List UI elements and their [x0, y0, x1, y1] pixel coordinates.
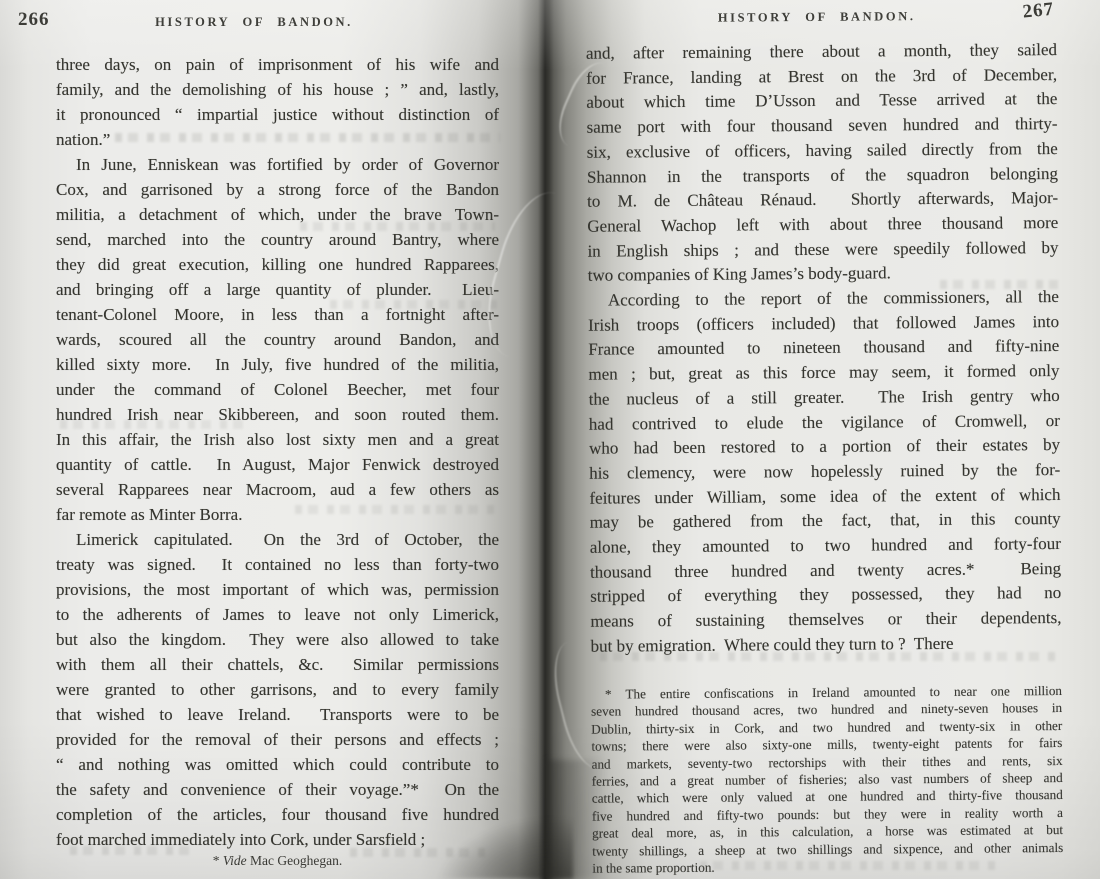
bleed-through-text — [60, 420, 250, 429]
bleed-through-text — [600, 652, 1055, 661]
book-scan: 266 HISTORY OF BANDON. three days, on pa… — [0, 0, 1100, 879]
text-line: stripped of everything they possessed, t… — [590, 581, 1061, 609]
text-line: in English ships ; and these were speedi… — [587, 236, 1058, 264]
bleed-through-text — [700, 861, 1000, 870]
text-line: same port with four thousand seven hundr… — [586, 112, 1057, 140]
text-line: six, exclusive of officers, having saile… — [587, 137, 1058, 165]
running-title-right: HISTORY OF BANDON. — [687, 9, 947, 26]
text-line: his clemency, were now hopelessly ruined… — [589, 458, 1060, 486]
text-line: Shannon in the transports of the squadro… — [587, 162, 1058, 190]
paragraph: and, after remaining there about a month… — [586, 38, 1059, 289]
text-line: Irish troops (officers included) that fo… — [588, 310, 1059, 338]
text-line: feitures under William, some idea of the… — [589, 483, 1060, 511]
text-line: men ; but, great as this force may seem,… — [588, 359, 1059, 387]
text-line: who had been restored to a portion of th… — [589, 433, 1060, 461]
paragraph: According to the report of the commissio… — [588, 285, 1062, 659]
text-line: France amounted to nineteen thousand and… — [588, 334, 1059, 362]
text-line: means of sustaining themselves or their … — [590, 606, 1061, 634]
text-line: to M. de Château Rénaud. Shortly afterwa… — [587, 186, 1058, 214]
bleed-through-text — [115, 133, 500, 142]
page-right: HISTORY OF BANDON. 267 and, after remain… — [0, 0, 1100, 879]
text-line: General Wachop left with about three tho… — [587, 211, 1058, 239]
text-line: the nucleus of a still greater. The Iris… — [589, 384, 1060, 412]
right-footnote: * The entire confiscations in Ireland am… — [591, 682, 1063, 877]
text-line: about which time D’Usson and Tesse arriv… — [586, 87, 1057, 115]
page-number-right: 267 — [1022, 0, 1055, 24]
gutter-shadow-bottom-right — [546, 760, 620, 879]
text-line: thousand three hundred and twenty acres.… — [590, 557, 1061, 585]
bleed-through-text — [940, 280, 1058, 289]
text-line: for France, landing at Brest on the 3rd … — [586, 63, 1057, 91]
bleed-through-text — [330, 300, 498, 309]
right-page-body: and, after remaining there about a month… — [586, 38, 1062, 659]
bleed-through-text — [70, 846, 190, 855]
text-line: alone, they amounted to two hundred and … — [590, 532, 1061, 560]
bleed-through-text — [300, 222, 495, 231]
text-line: may be gathered from the fact, that, in … — [590, 507, 1061, 535]
text-line: had contrived to elude the vigilance of … — [589, 409, 1060, 437]
text-line: and, after remaining there about a month… — [586, 38, 1057, 66]
text-line: According to the report of the commissio… — [588, 285, 1059, 313]
bleed-through-text — [295, 505, 495, 514]
